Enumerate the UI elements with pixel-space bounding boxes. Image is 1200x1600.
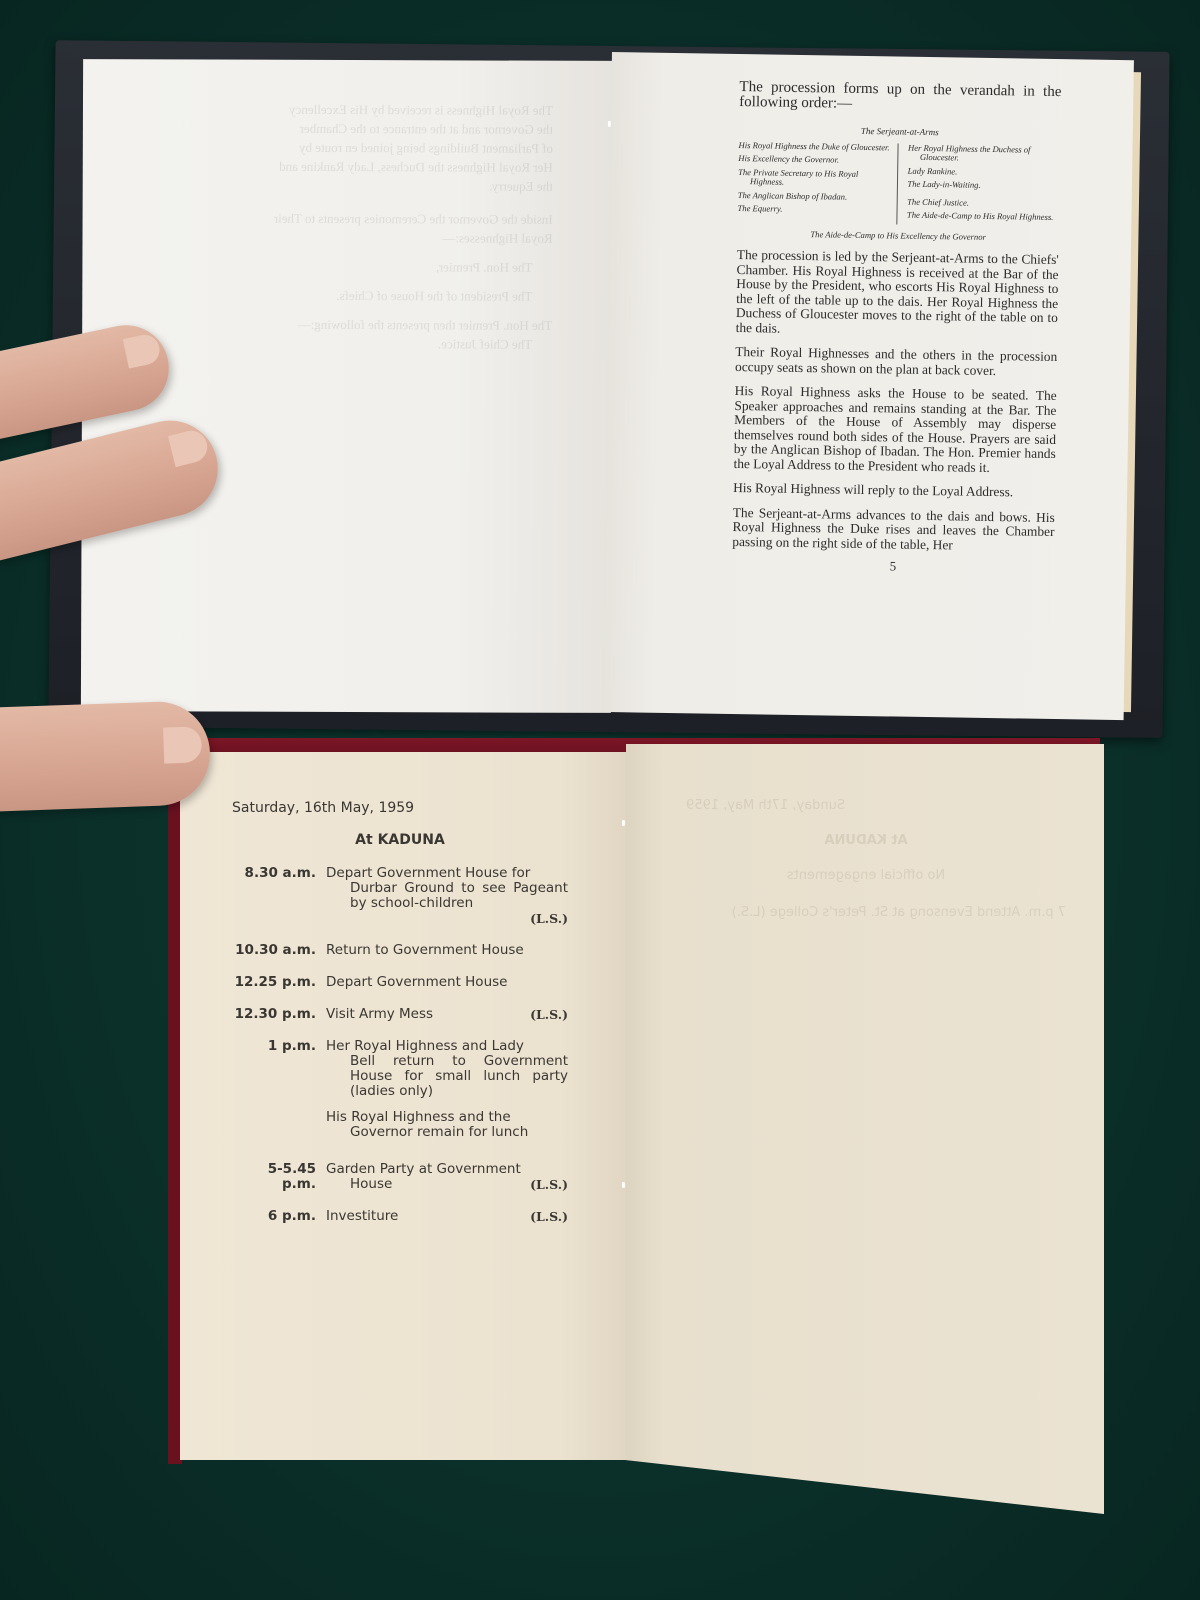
paragraph: The Serjeant-at-Arms advances to the dai… bbox=[732, 505, 1055, 554]
page-number: 5 bbox=[732, 557, 1054, 577]
procession-head: The Serjeant-at-Arms bbox=[739, 122, 1061, 142]
itinerary-time: 5-5.45 p.m. bbox=[232, 1162, 326, 1192]
itinerary-row: 5-5.45 p.m. Garden Party at Government H… bbox=[232, 1162, 568, 1192]
paragraph: His Royal Highness will reply to the Loy… bbox=[733, 481, 1055, 501]
itinerary-note: His Royal Highness and the Governor rema… bbox=[232, 1110, 568, 1140]
itinerary-time: 1 p.m. bbox=[232, 1039, 326, 1099]
itinerary-event: Depart Government House for Durbar Groun… bbox=[326, 866, 568, 926]
procession-entry: The Anglican Bishop of Ibadan. bbox=[738, 190, 891, 202]
ls-tag: (L.S.) bbox=[530, 911, 568, 926]
itinerary-time: 12.30 p.m. bbox=[232, 1007, 326, 1022]
procession-entry: His Royal Highness the Duke of Glouceste… bbox=[738, 140, 891, 152]
itinerary: Saturday, 16th May, 1959 At KADUNA 8.30 … bbox=[232, 800, 568, 1241]
itinerary-row: 12.25 p.m. Depart Government House bbox=[232, 975, 568, 990]
itinerary-event: Return to Government House bbox=[326, 943, 568, 958]
procession-intro: The procession forms up on the verandah … bbox=[739, 80, 1061, 115]
binding-stitch bbox=[622, 820, 625, 826]
showthrough-text: Sunday, 17th May, 1959 At KADUNA No offi… bbox=[666, 796, 1066, 922]
itinerary-row: 12.30 p.m. Visit Army Mess (L.S.) bbox=[232, 1007, 568, 1022]
ls-tag: (L.S.) bbox=[530, 1007, 568, 1022]
binding-stitch bbox=[622, 1182, 625, 1188]
page-5-content: The procession forms up on the verandah … bbox=[732, 80, 1062, 576]
paragraph: His Royal Highness asks the House to be … bbox=[733, 384, 1056, 476]
itinerary-event: Her Royal Highness and Lady Bell return … bbox=[326, 1039, 568, 1099]
procession-entry: The Aide-de-Camp to His Royal Highness. bbox=[907, 211, 1060, 223]
procession-entry: The Equerry. bbox=[737, 204, 890, 216]
procession-tail: The Aide-de-Camp to His Excellency the G… bbox=[737, 225, 1059, 245]
itinerary-time: 12.25 p.m. bbox=[232, 975, 326, 990]
procession-order-table: His Royal Highness the Duke of Glouceste… bbox=[737, 140, 1060, 226]
itinerary-event: Garden Party at Government House(L.S.) bbox=[326, 1162, 568, 1192]
procession-entry: His Excellency the Governor. bbox=[738, 154, 891, 166]
bottom-booklet-left-page: Saturday, 16th May, 1959 At KADUNA 8.30 … bbox=[180, 752, 626, 1460]
itinerary-row: 8.30 a.m. Depart Government House for Du… bbox=[232, 866, 568, 926]
hand-thumb bbox=[0, 700, 212, 812]
itinerary-time: 8.30 a.m. bbox=[232, 866, 326, 926]
itinerary-time: 10.30 a.m. bbox=[232, 943, 326, 958]
bottom-booklet-right-page: Sunday, 17th May, 1959 At KADUNA No offi… bbox=[626, 744, 1104, 1514]
ls-tag: (L.S.) bbox=[530, 1177, 568, 1192]
procession-entry: Her Royal Highness the Duchess of Glouce… bbox=[908, 143, 1061, 164]
itinerary-location: At KADUNA bbox=[232, 832, 568, 848]
fingernail bbox=[163, 726, 202, 763]
procession-entry: The Chief Justice. bbox=[907, 197, 1060, 209]
itinerary-row: 10.30 a.m. Return to Government House bbox=[232, 943, 568, 958]
procession-entry: The Private Secretary to His Royal Highn… bbox=[738, 167, 891, 188]
procession-entry: The Lady-in-Waiting. bbox=[907, 180, 1060, 192]
itinerary-date: Saturday, 16th May, 1959 bbox=[232, 800, 568, 816]
ls-tag: (L.S.) bbox=[530, 1209, 568, 1224]
itinerary-row: 1 p.m. Her Royal Highness and Lady Bell … bbox=[232, 1039, 568, 1099]
procession-right-column: Her Royal Highness the Duchess of Glouce… bbox=[896, 143, 1061, 227]
paragraph: The procession is led by the Serjeant-at… bbox=[736, 248, 1059, 340]
procession-left-column: His Royal Highness the Duke of Glouceste… bbox=[737, 140, 891, 223]
fingernail bbox=[123, 332, 162, 368]
top-booklet-right-page: The procession forms up on the verandah … bbox=[602, 52, 1134, 720]
procession-entry: Lady Rankine. bbox=[908, 166, 1061, 178]
itinerary-event: Visit Army Mess (L.S.) bbox=[326, 1007, 568, 1022]
showthrough-text: The Royal Highness is received by His Ex… bbox=[152, 99, 553, 353]
itinerary-event: Investiture (L.S.) bbox=[326, 1209, 568, 1224]
itinerary-time: 6 p.m. bbox=[232, 1209, 326, 1224]
paragraph: Their Royal Highnesses and the others in… bbox=[735, 345, 1057, 379]
itinerary-row: 6 p.m. Investiture (L.S.) bbox=[232, 1209, 568, 1224]
itinerary-event: Depart Government House bbox=[326, 975, 568, 990]
